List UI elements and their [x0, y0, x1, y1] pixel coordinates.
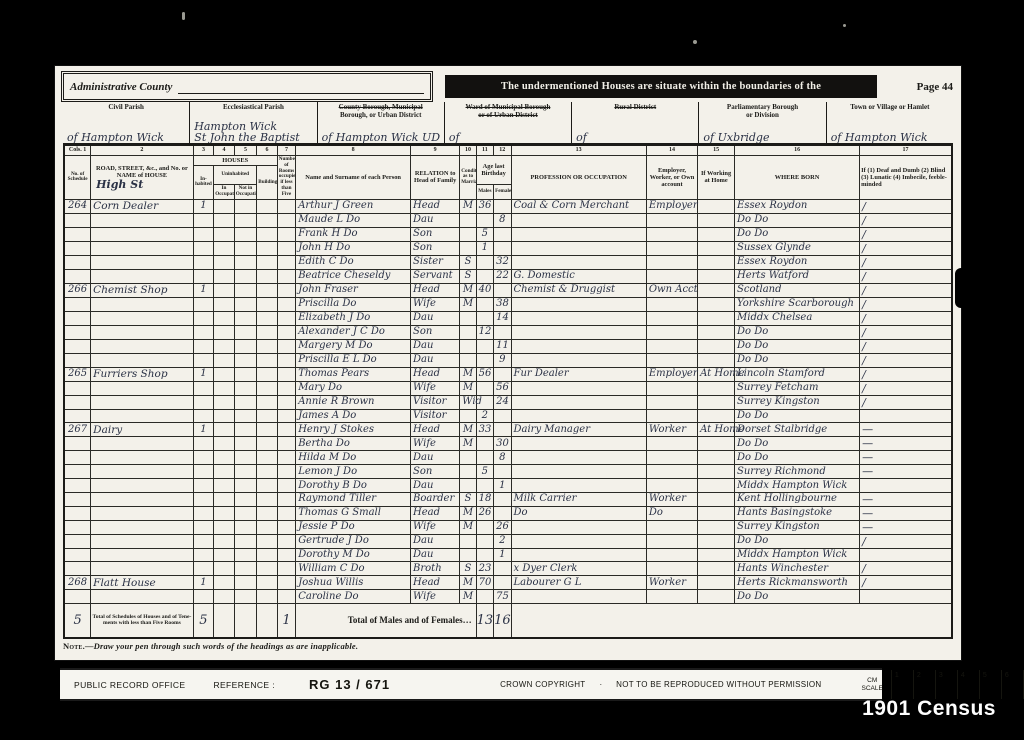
- caption-1901-census: 1901 Census: [862, 697, 996, 721]
- cell-f: [494, 562, 511, 576]
- cell-house: [91, 479, 194, 493]
- cell-name: Henry J Stokes: [296, 423, 411, 437]
- cell-rel: Sister: [411, 255, 460, 269]
- cell-inocc: [214, 269, 235, 283]
- cell-notocc: [234, 423, 257, 437]
- cell-emp: Worker: [646, 423, 697, 437]
- cell-name: Bertha Do: [296, 437, 411, 451]
- cell-bldg: [257, 492, 278, 506]
- empty-cell: [234, 604, 257, 638]
- cell-bldg: [257, 381, 278, 395]
- cell-notocc: [234, 269, 257, 283]
- cell-m: [476, 590, 493, 604]
- cell-bldg: [257, 241, 278, 255]
- cell-born: Yorkshire Scarborough: [735, 297, 860, 311]
- cell-home: At Home: [698, 423, 735, 437]
- ruler-tick: 3: [936, 670, 958, 699]
- cell-emp: [646, 409, 697, 423]
- cell-mark: /: [860, 353, 952, 367]
- scan-edge-notch: [955, 268, 969, 308]
- cell-sched: 264: [64, 199, 91, 213]
- census-row: Thomas G SmallHeadM26DoDoHants Basingsto…: [64, 506, 952, 520]
- cell-mark: /: [860, 311, 952, 325]
- cell-bldg: [257, 548, 278, 562]
- cell-inocc: [214, 437, 235, 451]
- cell-m: 70: [476, 576, 493, 590]
- cell-rel: Head: [411, 576, 460, 590]
- cell-mark: /: [860, 534, 952, 548]
- cm-ruler: 123456: [891, 670, 1024, 699]
- cell-home: [698, 297, 735, 311]
- cell-bldg: [257, 479, 278, 493]
- cell-sched: [64, 479, 91, 493]
- column-number: 2: [91, 145, 194, 156]
- district-box: County Borough, MunicipalBorough, or Urb…: [318, 102, 445, 143]
- cell-f: 56: [494, 381, 511, 395]
- cell-rooms: [277, 269, 295, 283]
- cell-emp: [646, 465, 697, 479]
- cell-rooms: [277, 255, 295, 269]
- separator-dot: ·: [599, 680, 602, 689]
- column-number: 17: [860, 145, 952, 156]
- cell-occ: [511, 255, 646, 269]
- cell-home: [698, 437, 735, 451]
- cell-m: [476, 520, 493, 534]
- census-row: Jessie P DoWifeM26Surrey Kingston—: [64, 520, 952, 534]
- column-number: 6: [257, 145, 278, 156]
- cell-rel: Head: [411, 283, 460, 297]
- cell-name: Lemon J Do: [296, 465, 411, 479]
- cell-inocc: [214, 255, 235, 269]
- district-box: Civil Parishof Hampton Wick: [63, 102, 190, 143]
- cell-name: Caroline Do: [296, 590, 411, 604]
- cell-inocc: [214, 506, 235, 520]
- cell-home: [698, 590, 735, 604]
- cell-inh: [193, 269, 214, 283]
- cell-m: 1: [476, 241, 493, 255]
- cell-sched: [64, 520, 91, 534]
- cell-mark: /: [860, 297, 952, 311]
- cell-emp: Own Acct: [646, 283, 697, 297]
- cell-cond: M: [460, 576, 476, 590]
- cell-home: [698, 227, 735, 241]
- cell-sched: [64, 534, 91, 548]
- column-number: 5: [234, 145, 257, 156]
- cell-house: Chemist Shop: [91, 283, 194, 297]
- ruler-tick: 2: [914, 670, 936, 699]
- cell-occ: [511, 409, 646, 423]
- cell-occ: [511, 437, 646, 451]
- copyright-label: CROWN COPYRIGHT: [500, 680, 585, 689]
- cell-f: 8: [494, 213, 511, 227]
- cell-home: [698, 520, 735, 534]
- cell-rooms: [277, 506, 295, 520]
- district-value: of Hampton Wick: [67, 132, 187, 143]
- cell-f: 8: [494, 451, 511, 465]
- census-row: Dorothy B DoDau1Middx Hampton Wick: [64, 479, 952, 493]
- cell-occ: Fur Dealer: [511, 367, 646, 381]
- administrative-county-label: Administrative County: [70, 81, 172, 93]
- header-rooms: Number of Rooms occupied if less than Fi…: [277, 156, 295, 200]
- cell-cond: S: [460, 269, 476, 283]
- cell-name: John Fraser: [296, 283, 411, 297]
- cell-home: [698, 465, 735, 479]
- cell-m: [476, 297, 493, 311]
- cell-born: Sussex Glynde: [735, 241, 860, 255]
- cell-born: Scotland: [735, 283, 860, 297]
- cell-notocc: [234, 339, 257, 353]
- cell-occ: [511, 548, 646, 562]
- cell-mark: —: [860, 437, 952, 451]
- census-row: Raymond TillerBoarderS18Milk CarrierWork…: [64, 492, 952, 506]
- cell-m: 2: [476, 409, 493, 423]
- totals-males: 13: [476, 604, 493, 638]
- cell-house: [91, 409, 194, 423]
- ruler-tick: 4: [958, 670, 980, 699]
- cell-m: [476, 451, 493, 465]
- district-value: of Uxbridge: [703, 132, 823, 143]
- cell-f: 32: [494, 255, 511, 269]
- ruler-tick: 6: [1002, 670, 1024, 699]
- cell-rel: Head: [411, 423, 460, 437]
- census-table: Cols. 1234567891011121314151617 No. of S…: [63, 144, 953, 639]
- cell-cond: [460, 548, 476, 562]
- census-row: Lemon J DoSon5Surrey Richmond—: [64, 465, 952, 479]
- cell-bldg: [257, 395, 278, 409]
- cell-m: [476, 311, 493, 325]
- cell-m: 36: [476, 199, 493, 213]
- cell-cond: Wid: [460, 395, 476, 409]
- cell-born: Do Do: [735, 339, 860, 353]
- cell-sched: [64, 492, 91, 506]
- cell-born: Middx Chelsea: [735, 311, 860, 325]
- cell-house: [91, 520, 194, 534]
- cell-cond: [460, 227, 476, 241]
- cell-home: [698, 534, 735, 548]
- cell-occ: [511, 227, 646, 241]
- cell-name: Arthur J Green: [296, 199, 411, 213]
- totals-females: 16: [494, 604, 511, 638]
- cell-inocc: [214, 325, 235, 339]
- cell-mark: [860, 479, 952, 493]
- cell-house: [91, 492, 194, 506]
- cell-inocc: [214, 479, 235, 493]
- empty-cell: [511, 604, 952, 638]
- cell-mark: [860, 590, 952, 604]
- cell-home: [698, 562, 735, 576]
- district-box: Town or Village or Hamletof Hampton Wick: [827, 102, 953, 143]
- cell-notocc: [234, 325, 257, 339]
- census-row: Hilda M DoDau8Do Do—: [64, 451, 952, 465]
- header-relation: RELATION to Head of Family: [411, 156, 460, 200]
- cell-occ: [511, 534, 646, 548]
- cell-rooms: [277, 451, 295, 465]
- cell-name: Alexander J C Do: [296, 325, 411, 339]
- admin-header-row: Administrative County The undermentioned…: [63, 73, 953, 100]
- cell-f: 1: [494, 548, 511, 562]
- census-row: Maude L DoDau8Do Do/: [64, 213, 952, 227]
- cell-house: [91, 339, 194, 353]
- cell-emp: [646, 255, 697, 269]
- cell-rooms: [277, 534, 295, 548]
- cell-mark: [860, 548, 952, 562]
- footnote: Note.—Draw your pen through such words o…: [63, 641, 953, 651]
- column-number: 11: [476, 145, 493, 156]
- cell-emp: [646, 339, 697, 353]
- cell-f: [494, 576, 511, 590]
- cell-name: Priscilla E L Do: [296, 353, 411, 367]
- cell-rel: Wife: [411, 297, 460, 311]
- cell-sched: [64, 353, 91, 367]
- cell-name: Gertrude J Do: [296, 534, 411, 548]
- cell-notocc: [234, 548, 257, 562]
- district-value: of ________: [449, 132, 569, 143]
- cell-house: [91, 381, 194, 395]
- cell-bldg: [257, 283, 278, 297]
- cell-occ: [511, 241, 646, 255]
- cell-name: Priscilla Do: [296, 297, 411, 311]
- cell-cond: M: [460, 367, 476, 381]
- cell-inocc: [214, 423, 235, 437]
- cell-f: 2: [494, 534, 511, 548]
- cell-cond: M: [460, 297, 476, 311]
- cell-name: Dorothy B Do: [296, 479, 411, 493]
- cell-rel: Servant: [411, 269, 460, 283]
- cell-inocc: [214, 199, 235, 213]
- district-box: Ecclesiastical ParishHampton WickSt John…: [190, 102, 317, 143]
- cell-mark: /: [860, 339, 952, 353]
- cell-mark: /: [860, 283, 952, 297]
- cell-house: [91, 590, 194, 604]
- cell-occ: x Dyer Clerk: [511, 562, 646, 576]
- cell-f: [494, 325, 511, 339]
- cell-home: [698, 353, 735, 367]
- cell-notocc: [234, 227, 257, 241]
- cell-inh: [193, 311, 214, 325]
- cell-rel: Head: [411, 367, 460, 381]
- cell-rooms: [277, 492, 295, 506]
- cell-rooms: [277, 339, 295, 353]
- cell-m: 18: [476, 492, 493, 506]
- cell-inh: [193, 395, 214, 409]
- cell-sched: [64, 381, 91, 395]
- cell-m: 33: [476, 423, 493, 437]
- census-row: 266Chemist Shop1John FraserHeadM40Chemis…: [64, 283, 952, 297]
- cell-house: Furriers Shop: [91, 367, 194, 381]
- cell-name: William C Do: [296, 562, 411, 576]
- cell-inocc: [214, 492, 235, 506]
- office-label: PUBLIC RECORD OFFICE: [74, 680, 185, 690]
- cell-sched: [64, 590, 91, 604]
- census-row: 264Corn Dealer1Arthur J GreenHeadM36Coal…: [64, 199, 952, 213]
- cell-inocc: [214, 311, 235, 325]
- cell-name: Joshua Willis: [296, 576, 411, 590]
- cell-sched: [64, 437, 91, 451]
- cell-rooms: [277, 311, 295, 325]
- cell-rel: Head: [411, 199, 460, 213]
- cell-house: [91, 534, 194, 548]
- cell-bldg: [257, 367, 278, 381]
- cell-notocc: [234, 255, 257, 269]
- cell-rooms: [277, 562, 295, 576]
- cell-rel: Son: [411, 241, 460, 255]
- cell-sched: [64, 562, 91, 576]
- cell-inh: [193, 325, 214, 339]
- cell-notocc: [234, 520, 257, 534]
- cell-cond: [460, 479, 476, 493]
- cell-sched: [64, 465, 91, 479]
- cell-bldg: [257, 451, 278, 465]
- cell-bldg: [257, 311, 278, 325]
- cell-born: Do Do: [735, 409, 860, 423]
- cell-rel: Dau: [411, 353, 460, 367]
- cell-bldg: [257, 325, 278, 339]
- census-row: 268Flatt House1Joshua WillisHeadM70Labou…: [64, 576, 952, 590]
- cell-occ: Coal & Corn Merchant: [511, 199, 646, 213]
- cell-rel: Broth: [411, 562, 460, 576]
- cell-inh: [193, 213, 214, 227]
- cell-rooms: [277, 325, 295, 339]
- cell-house: [91, 506, 194, 520]
- cell-cond: [460, 241, 476, 255]
- cell-rooms: [277, 227, 295, 241]
- header-females: Females: [494, 185, 511, 200]
- cell-house: [91, 437, 194, 451]
- cell-f: [494, 227, 511, 241]
- cell-rooms: [277, 395, 295, 409]
- cell-rooms: [277, 423, 295, 437]
- cell-f: [494, 367, 511, 381]
- cell-emp: [646, 311, 697, 325]
- cell-name: Raymond Tiller: [296, 492, 411, 506]
- cell-home: [698, 269, 735, 283]
- cell-born: Surrey Kingston: [735, 395, 860, 409]
- cell-notocc: [234, 367, 257, 381]
- cell-m: [476, 255, 493, 269]
- cell-occ: [511, 381, 646, 395]
- cell-f: [494, 423, 511, 437]
- cell-rel: Wife: [411, 520, 460, 534]
- cell-f: 1: [494, 479, 511, 493]
- cell-home: [698, 199, 735, 213]
- cell-emp: [646, 534, 697, 548]
- census-row: Mary DoWifeM56Surrey Fetcham/: [64, 381, 952, 395]
- reproduction-notice: NOT TO BE REPRODUCED WITHOUT PERMISSION: [616, 680, 821, 689]
- reference-label: REFERENCE :: [213, 680, 275, 690]
- district-box: Parliamentary Boroughor Divisionof Uxbri…: [699, 102, 826, 143]
- cell-emp: [646, 353, 697, 367]
- cell-m: [476, 479, 493, 493]
- cell-inocc: [214, 297, 235, 311]
- cell-home: [698, 381, 735, 395]
- header-condition: Condition as to Marriage: [460, 156, 476, 200]
- cell-mark: —: [860, 492, 952, 506]
- cell-notocc: [234, 409, 257, 423]
- cell-rel: Visitor: [411, 409, 460, 423]
- cell-cond: [460, 311, 476, 325]
- cell-emp: [646, 213, 697, 227]
- cell-cond: M: [460, 437, 476, 451]
- cell-inocc: [214, 213, 235, 227]
- cell-emp: [646, 548, 697, 562]
- column-number: 16: [735, 145, 860, 156]
- cell-inh: 1: [193, 367, 214, 381]
- cell-cond: M: [460, 520, 476, 534]
- cell-notocc: [234, 395, 257, 409]
- cell-m: [476, 339, 493, 353]
- cell-sched: [64, 548, 91, 562]
- column-numbers-row: Cols. 1234567891011121314151617: [64, 145, 952, 156]
- census-row: Bertha DoWifeM30Do Do—: [64, 437, 952, 451]
- reference-number: RG 13 / 671: [309, 677, 390, 692]
- cell-inocc: [214, 409, 235, 423]
- screenshot-stage: Administrative County The undermentioned…: [0, 0, 1024, 740]
- cell-rel: Dau: [411, 311, 460, 325]
- cell-emp: [646, 381, 697, 395]
- cell-f: 14: [494, 311, 511, 325]
- column-number: 10: [460, 145, 476, 156]
- cell-home: [698, 409, 735, 423]
- cell-born: Do Do: [735, 437, 860, 451]
- scan-artifact: [182, 12, 185, 20]
- cell-inh: [193, 562, 214, 576]
- cell-occ: [511, 325, 646, 339]
- cell-bldg: [257, 297, 278, 311]
- cell-emp: [646, 590, 697, 604]
- record-office-strip: PUBLIC RECORD OFFICE REFERENCE : RG 13 /…: [60, 668, 882, 701]
- cell-inh: [193, 353, 214, 367]
- cell-name: Hilda M Do: [296, 451, 411, 465]
- cell-emp: [646, 227, 697, 241]
- cell-rel: Wife: [411, 590, 460, 604]
- district-value: of ________: [576, 132, 696, 143]
- cell-notocc: [234, 479, 257, 493]
- cell-inh: [193, 465, 214, 479]
- cell-f: [494, 506, 511, 520]
- cm-scale-label: CMSCALE: [862, 677, 883, 693]
- cell-mark: /: [860, 576, 952, 590]
- cell-sched: 267: [64, 423, 91, 437]
- cell-mark: —: [860, 423, 952, 437]
- cell-sched: [64, 269, 91, 283]
- cell-house: [91, 213, 194, 227]
- cell-notocc: [234, 590, 257, 604]
- cell-home: [698, 241, 735, 255]
- cell-house: Corn Dealer: [91, 199, 194, 213]
- cell-sched: 265: [64, 367, 91, 381]
- cell-inocc: [214, 381, 235, 395]
- cell-rooms: [277, 213, 295, 227]
- cell-occ: Dairy Manager: [511, 423, 646, 437]
- header-in-occupation: In Occupation: [214, 185, 235, 200]
- cell-rel: Head: [411, 506, 460, 520]
- cell-m: 23: [476, 562, 493, 576]
- header-age: Age last Birthday: [476, 156, 511, 185]
- census-row: Frank H DoSon5Do Do/: [64, 227, 952, 241]
- cell-cond: M: [460, 590, 476, 604]
- cell-rooms: [277, 381, 295, 395]
- cell-emp: Employer: [646, 199, 697, 213]
- cell-occ: [511, 297, 646, 311]
- cell-occ: [511, 395, 646, 409]
- cell-house: [91, 395, 194, 409]
- header-at-home: If Working at Home: [698, 156, 735, 200]
- cell-sched: [64, 339, 91, 353]
- header-infirmity: If (1) Deaf and Dumb (2) Blind (3) Lunat…: [860, 156, 952, 200]
- census-row: Annie R BrownVisitorWid24Surrey Kingston…: [64, 395, 952, 409]
- cell-bldg: [257, 409, 278, 423]
- column-number: 7: [277, 145, 295, 156]
